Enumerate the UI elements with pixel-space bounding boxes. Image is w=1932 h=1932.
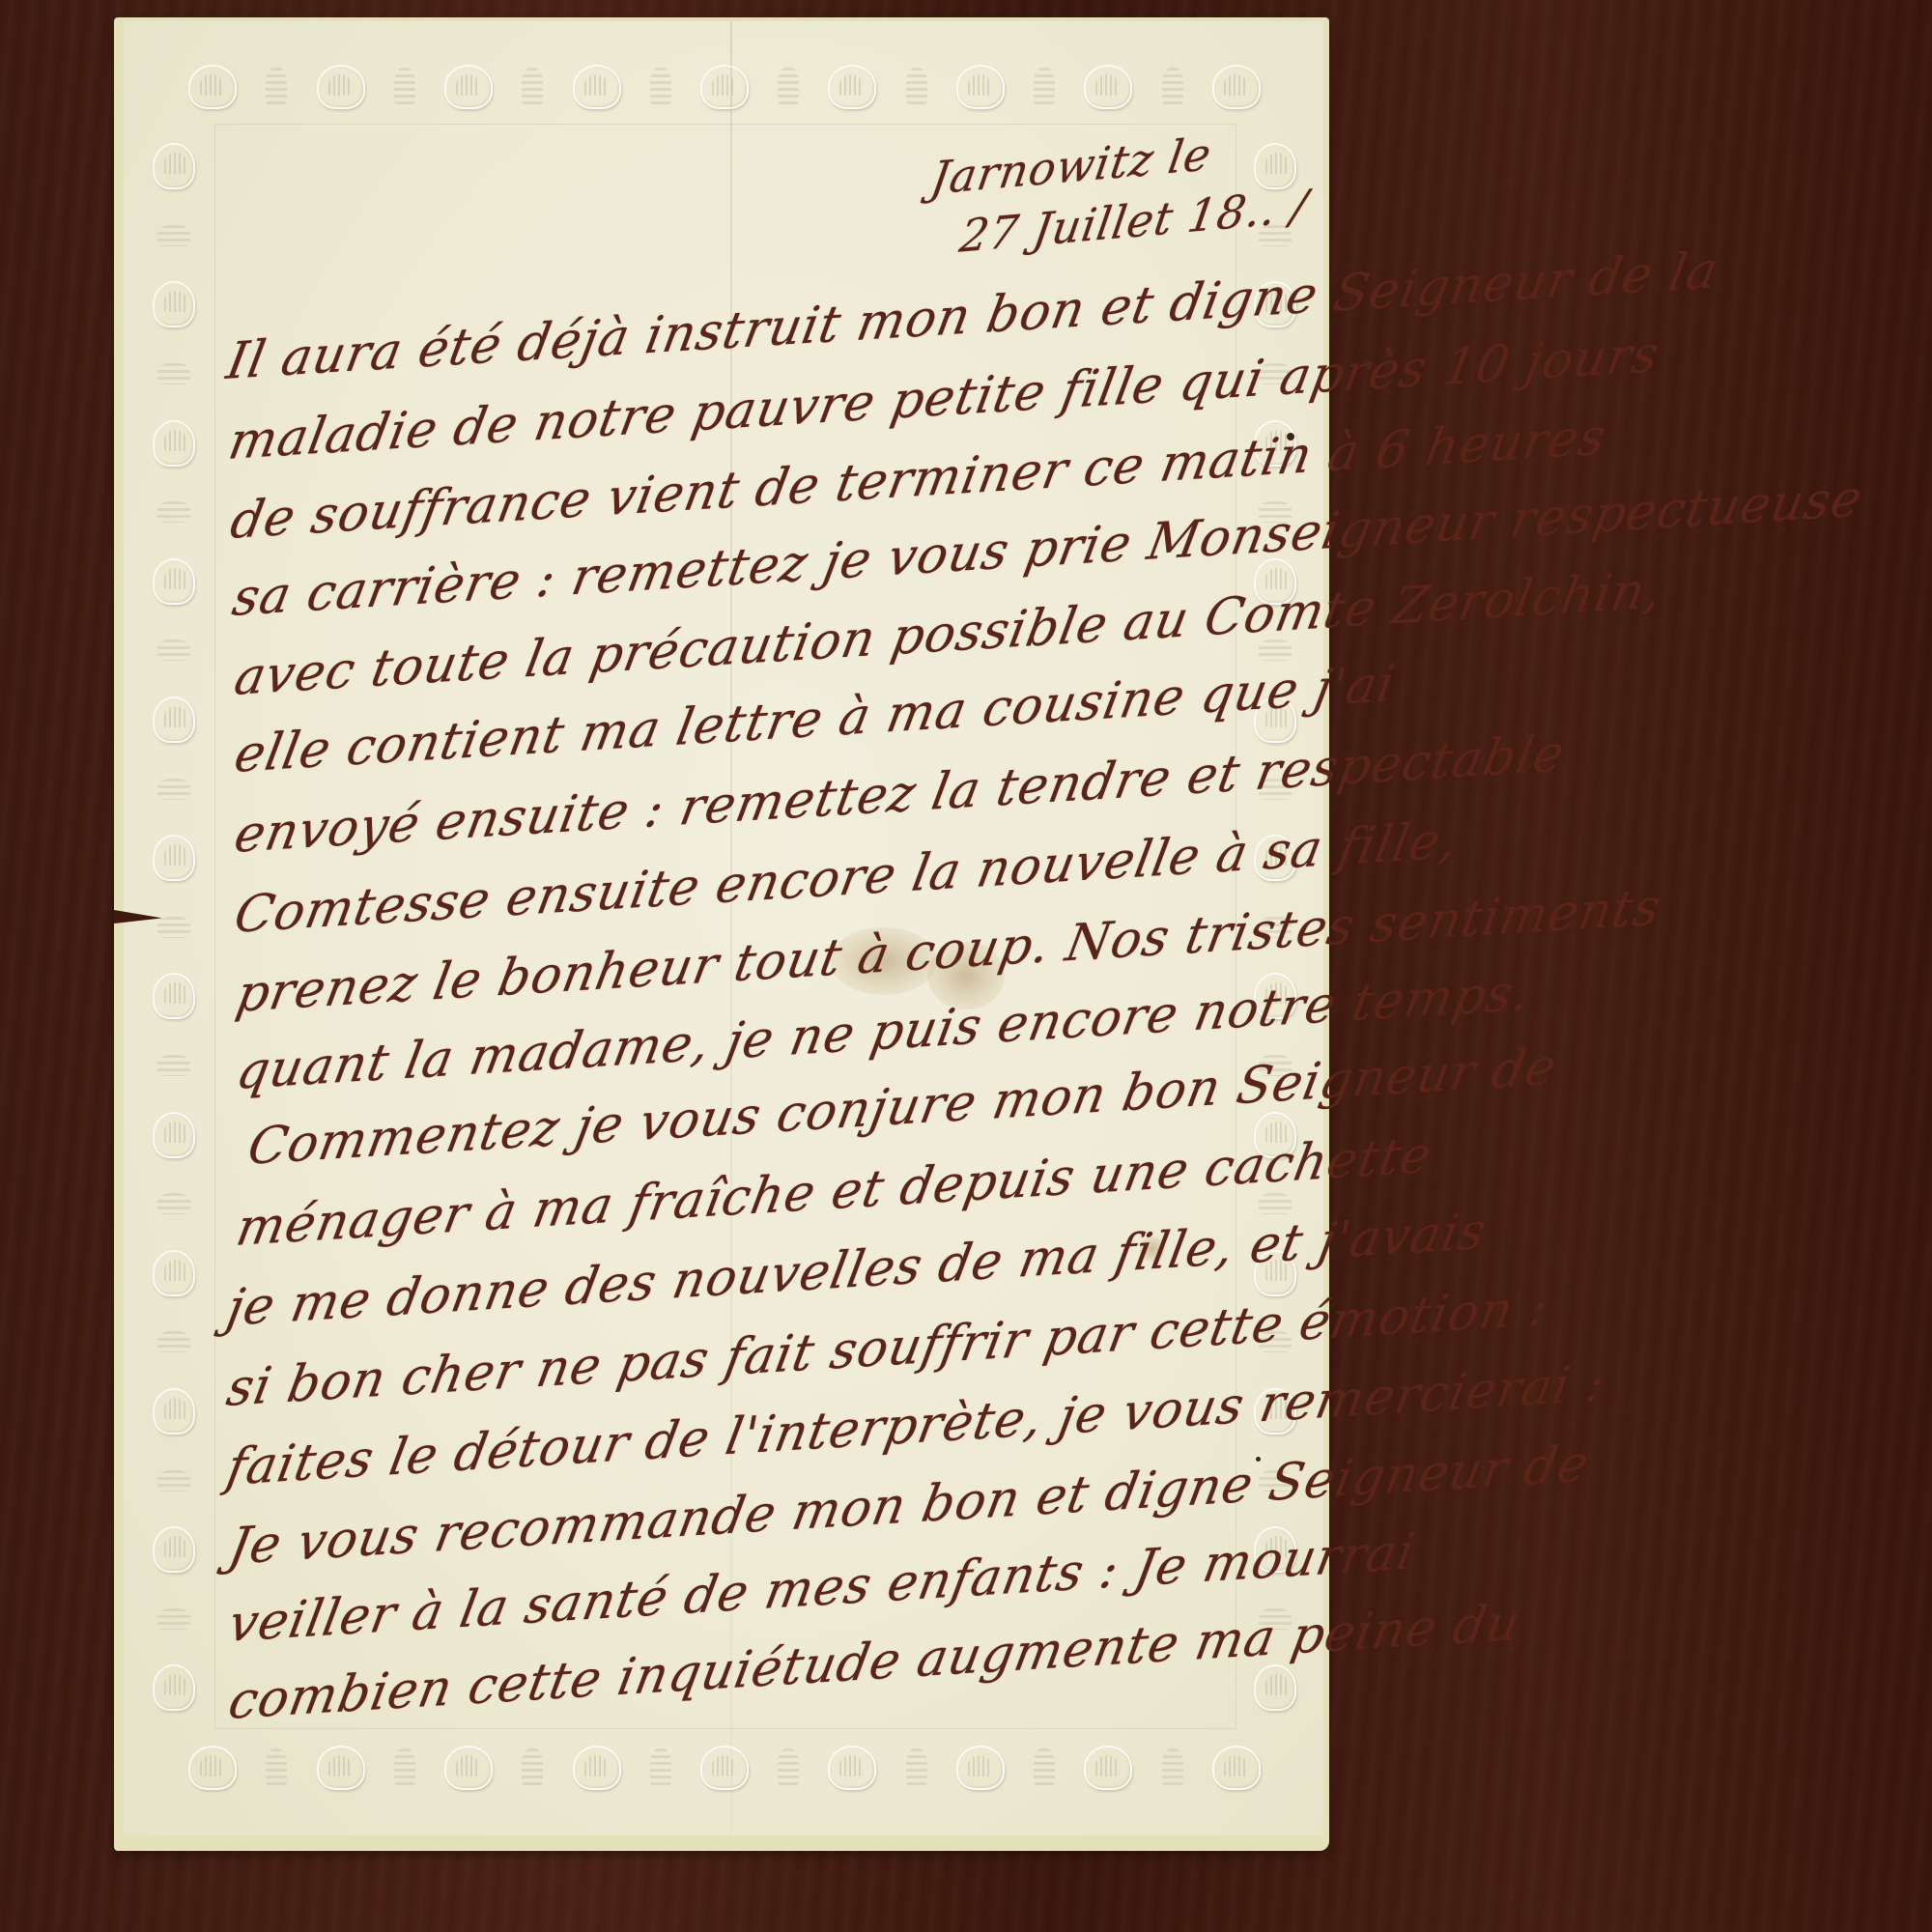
handwritten-letter: Jarnowitz le 27 Juillet 18.. / Il aura é… [0,0,1932,1932]
